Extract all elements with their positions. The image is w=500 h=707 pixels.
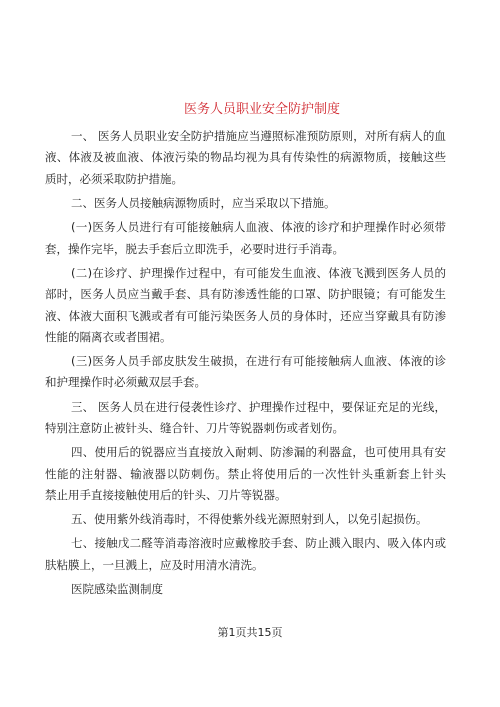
text-line: (二)在诊疗、护理操作过程中，有可能发生血液、体液飞溅到医务人员的面 (45, 263, 446, 284)
paragraph-section-2: 二、医务人员接触病源物质时，应当采取以下措施。 (45, 193, 446, 214)
next-section-heading: 医院感染监测制度 (45, 579, 446, 600)
text-line: 套，操作完毕，脱去手套后立即洗手，必要时进行手消毒。 (45, 239, 446, 260)
text-line: 三、 医务人员在进行侵袭性诊疗、护理操作过程中，要保证充足的光线，并 (45, 397, 446, 418)
paragraph-item-1: (一)医务人员进行有可能接触病人血液、体液的诊疗和护理操作时必须带手 套，操作完… (45, 217, 446, 260)
text-line: 一、 医务人员职业安全防护措施应当遵照标准预防原则，对所有病人的血 (45, 126, 446, 147)
text-line: 七、接触戊二醛等消毒溶液时应戴橡胶手套、防止溅入眼内、吸入体内或皮 (45, 533, 446, 554)
text-line: (一)医务人员进行有可能接触病人血液、体液的诊疗和护理操作时必须带手 (45, 217, 446, 238)
text-line: 液、体液及被血液、体液污染的物品均视为具有传染性的病源物质，接触这些物 (45, 147, 446, 168)
document-page: 医务人员职业安全防护制度 一、 医务人员职业安全防护措施应当遵照标准预防原则，对… (0, 0, 500, 707)
text-line: 肤粘膜上，一旦溅上，应及时用清水清洗。 (45, 555, 446, 576)
text-line: 四、使用后的锐器应当直接放入耐刺、防渗漏的利器盒，也可使用具有安全 (45, 442, 446, 463)
paragraph-item-3: (三)医务人员手部皮肤发生破损，在进行有可能接触病人血液、体液的诊疗 和护理操作… (45, 351, 446, 394)
paragraph-item-2: (二)在诊疗、护理操作过程中，有可能发生血液、体液飞溅到医务人员的面 部时，医务… (45, 263, 446, 349)
text-line: 性能的注射器、输液器以防刺伤。禁止将使用后的一次性针头重新套上针头套。 (45, 464, 446, 485)
document-title: 医务人员职业安全防护制度 (184, 101, 384, 119)
page-indicator: 第1页共15页 (0, 624, 500, 642)
text-line: 禁止用手直接接触使用后的针头、刀片等锐器。 (45, 485, 446, 506)
paragraph-section-3: 三、 医务人员在进行侵袭性诊疗、护理操作过程中，要保证充足的光线，并 特别注意防… (45, 397, 446, 440)
text-line: 部时，医务人员应当戴手套、具有防渗透性能的口罩、防护眼镜；有可能发生血 (45, 284, 446, 305)
paragraph-section-4: 四、使用后的锐器应当直接放入耐刺、防渗漏的利器盒，也可使用具有安全 性能的注射器… (45, 442, 446, 506)
text-line: 液、体液大面积飞溅或者有可能污染医务人员的身体时，还应当穿戴具有防渗透 (45, 306, 446, 327)
text-line: 和护理操作时必须戴双层手套。 (45, 372, 446, 393)
paragraph-section-7: 七、接触戊二醛等消毒溶液时应戴橡胶手套、防止溅入眼内、吸入体内或皮 肤粘膜上，一… (45, 533, 446, 576)
text-line: (三)医务人员手部皮肤发生破损，在进行有可能接触病人血液、体液的诊疗 (45, 351, 446, 372)
document-body: 一、 医务人员职业安全防护措施应当遵照标准预防原则，对所有病人的血 液、体液及被… (45, 126, 446, 603)
text-line: 医院感染监测制度 (45, 579, 446, 600)
text-line: 二、医务人员接触病源物质时，应当采取以下措施。 (45, 193, 446, 214)
text-line: 性能的隔离衣或者围裙。 (45, 327, 446, 348)
text-line: 五、使用紫外线消毒时，不得使紫外线光源照射到人，以免引起损伤。 (45, 509, 446, 530)
text-line: 质时，必须采取防护措施。 (45, 169, 446, 190)
text-line: 特别注意防止被针头、缝合针、刀片等锐器刺伤或者划伤。 (45, 418, 446, 439)
paragraph-section-5: 五、使用紫外线消毒时，不得使紫外线光源照射到人，以免引起损伤。 (45, 509, 446, 530)
paragraph-section-1: 一、 医务人员职业安全防护措施应当遵照标准预防原则，对所有病人的血 液、体液及被… (45, 126, 446, 190)
